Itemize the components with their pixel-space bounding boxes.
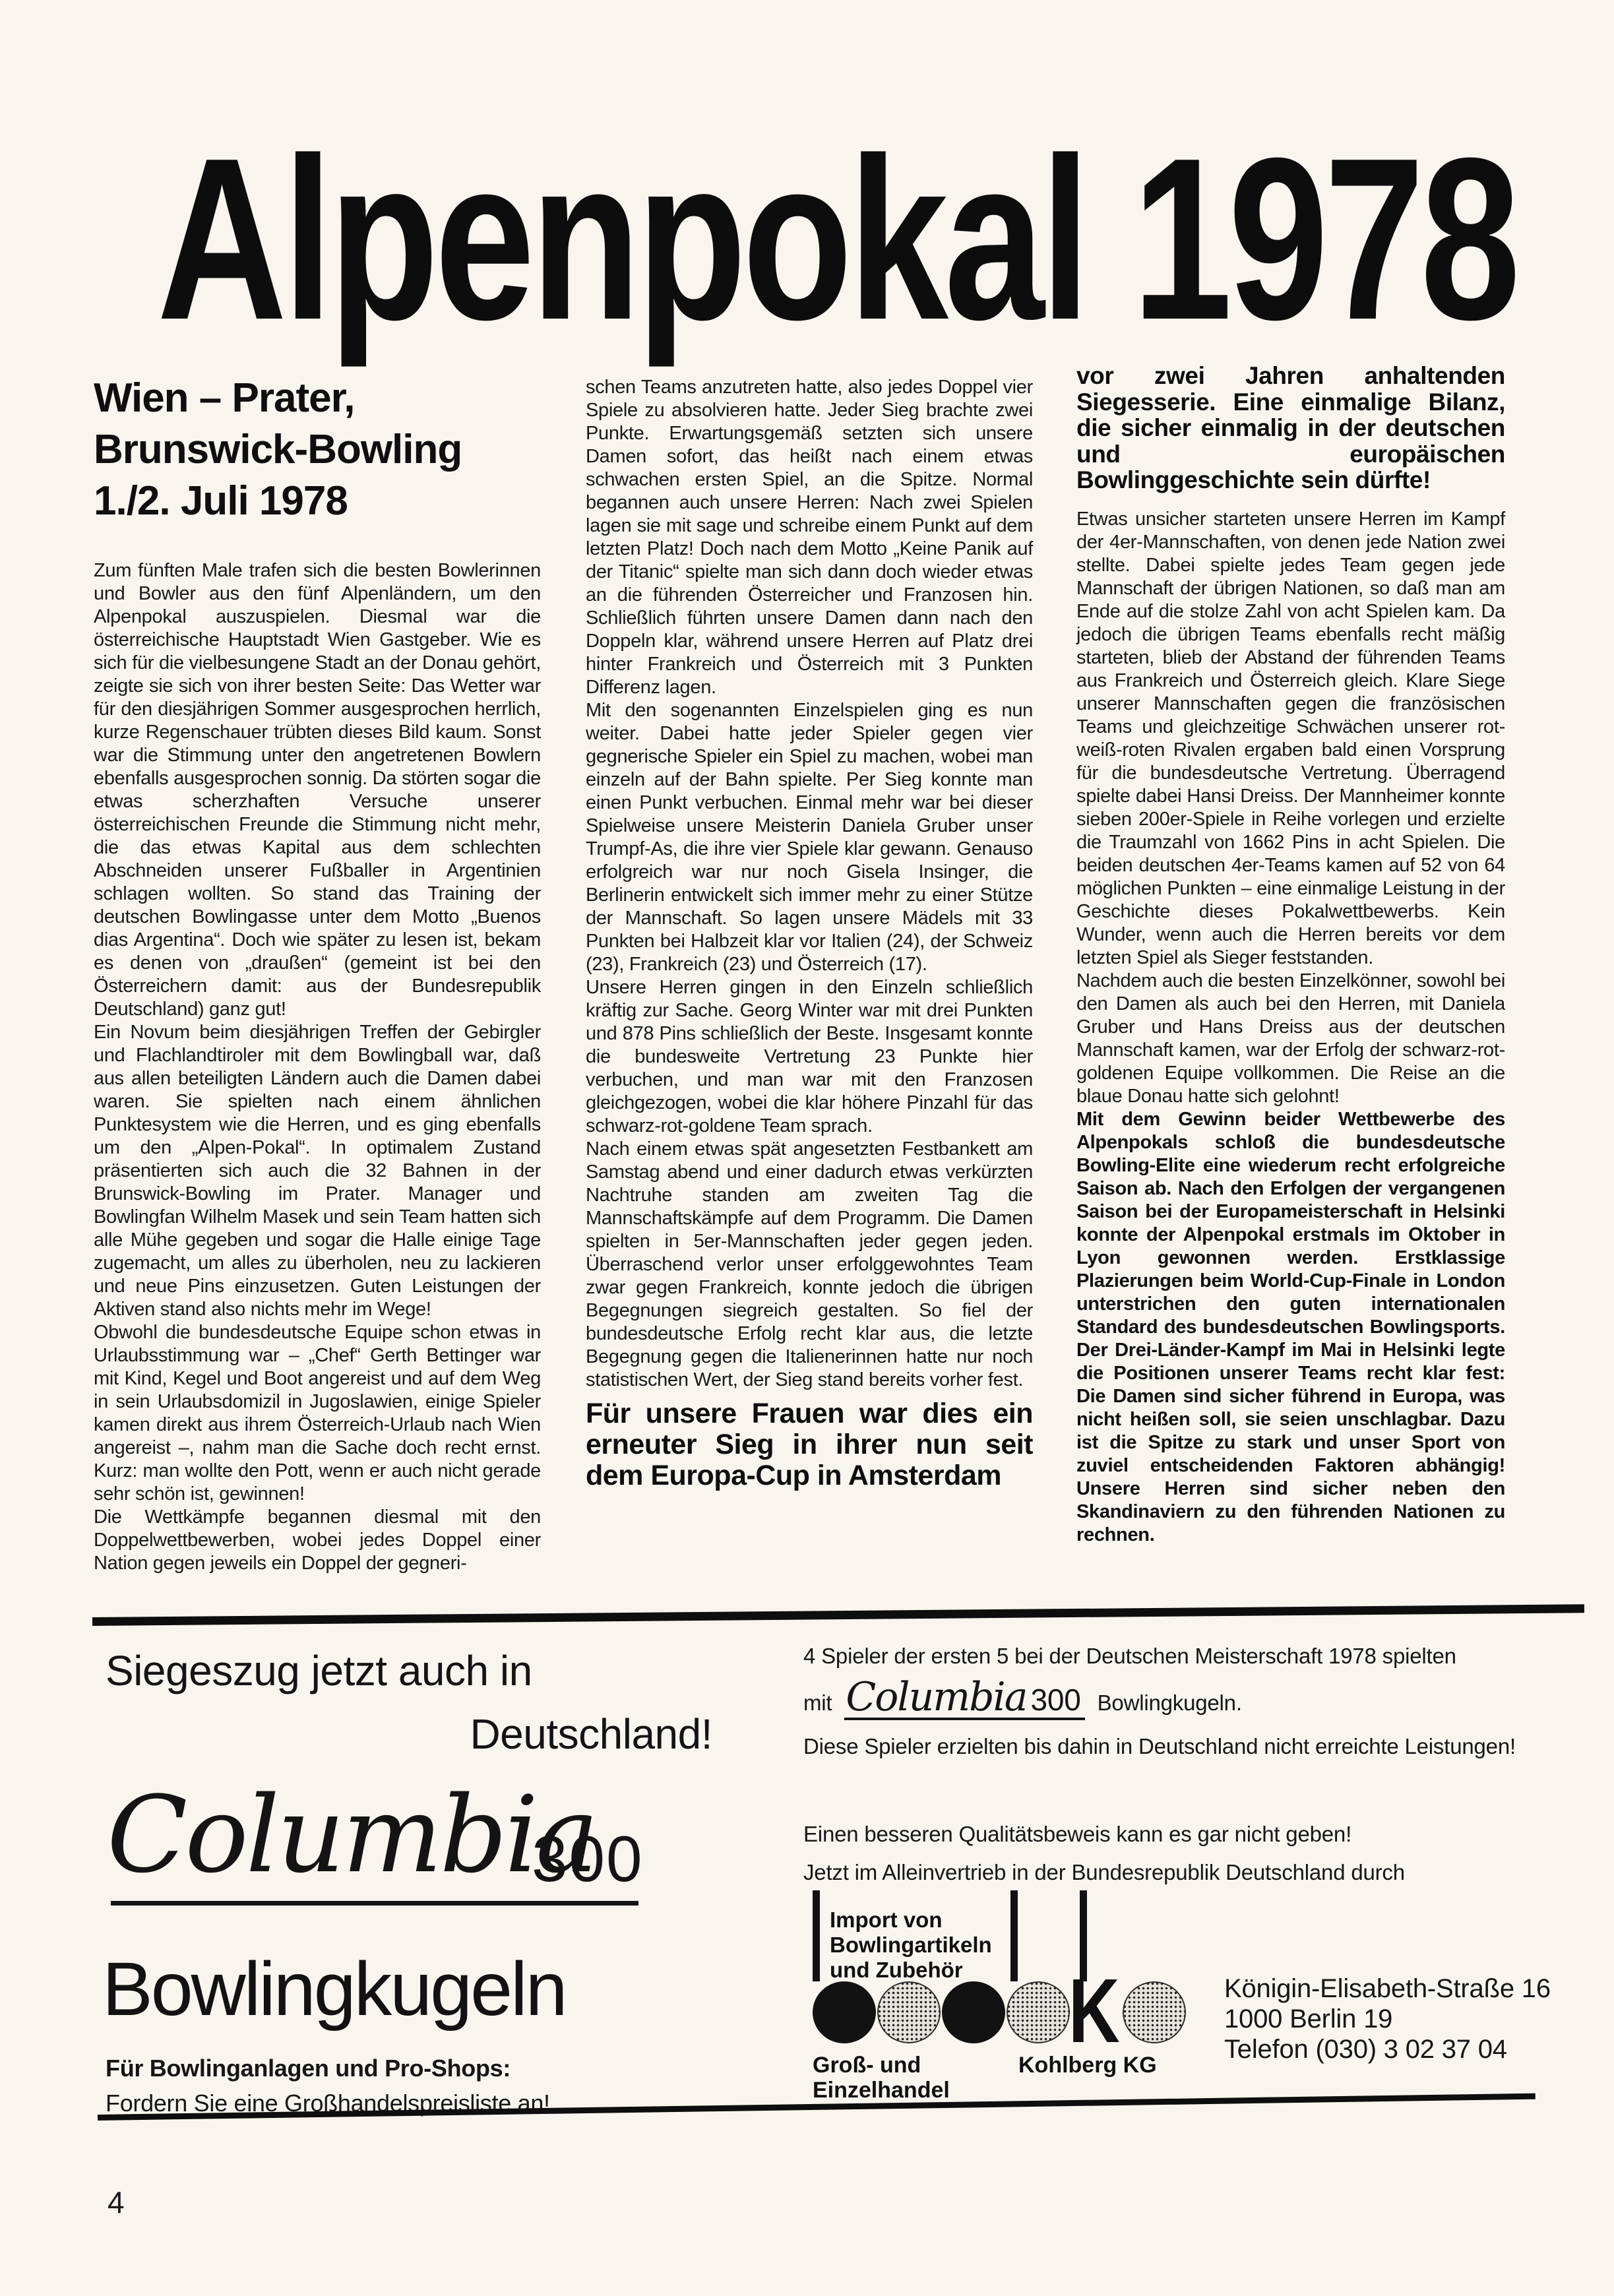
pin-bar-icon (1010, 1890, 1018, 1981)
ad-copy-line-1: 4 Spieler der ersten 5 bei der Deutschen… (803, 1644, 1456, 1669)
dealer-logo: Import von Bowlingartikeln und Zubehör K… (813, 1890, 1222, 2101)
article-subheading: Wien – Prater, Brunswick-Bowling 1./2. J… (94, 373, 549, 527)
address-line: Telefon (030) 3 02 37 04 (1224, 2034, 1551, 2064)
divider-rule-top (92, 1604, 1584, 1626)
bold-paragraph: Mit dem Gewinn beider Wettbewerbe des Al… (1076, 1108, 1505, 1547)
bowling-ball-icon (877, 1981, 941, 2043)
bold-continuation-heading: vor zwei Jahren anhaltenden Siegesserie.… (1076, 363, 1505, 493)
bowling-ball-icon (813, 1981, 876, 2043)
pin-bar-icon (813, 1890, 820, 1981)
address-line: 1000 Berlin 19 (1224, 2004, 1551, 2034)
ad-copy-suffix: Bowlingkugeln. (1098, 1691, 1242, 1715)
page-number: 4 (108, 2185, 125, 2220)
ad-copy-prefix: mit (803, 1691, 832, 1715)
dealer-box-text: Import von Bowlingartikeln und Zubehör (830, 1908, 992, 1983)
body-paragraph: Nach einem etwas spät angesetzten Festba… (586, 1138, 1033, 1392)
article-column-3: vor zwei Jahren anhaltenden Siegesserie.… (1076, 363, 1505, 1547)
dealer-label-trade: Groß- und Einzelhandel (813, 2053, 950, 2103)
body-paragraph: schen Teams anzutreten hatte, also jedes… (586, 376, 1033, 699)
body-paragraph: Nachdem auch die besten Einzelkönner, so… (1076, 970, 1505, 1108)
body-paragraph: Ein Novum beim diesjährigen Treffen der … (94, 1021, 541, 1321)
columbia-script-logo: Columbia (107, 1762, 596, 1908)
bowling-ball-icon (1007, 1981, 1070, 2043)
address-line: Königin-Elisabeth-Straße 16 (1224, 1973, 1551, 2004)
columbia-script-logo-small: Columbia300 (844, 1691, 1084, 1720)
subheading-line: 1./2. Juli 1978 (94, 476, 549, 527)
ad-copy-line-5: Jetzt im Alleinvertrieb in der Bundesrep… (803, 1860, 1405, 1885)
body-paragraph: Etwas unsicher starteten unsere Herren i… (1076, 508, 1505, 970)
page-headline: Alpenpokal 1978 (157, 124, 1516, 355)
columbia-logo-underline (111, 1901, 638, 1906)
dealer-address: Königin-Elisabeth-Straße 16 1000 Berlin … (1224, 1973, 1551, 2064)
pro-shop-note-bold: Für Bowlinganlagen und Pro-Shops: (106, 2055, 511, 2082)
ad-copy-line-4: Einen besseren Qualitätsbeweis kann es g… (803, 1822, 1351, 1847)
kohlberg-k-icon: K (1069, 1975, 1120, 2047)
ad-copy-line-3: Diese Spieler erzielten bis dahin in Deu… (803, 1731, 1542, 1761)
ad-claim-line-2: Deutschland! (106, 1711, 712, 1757)
columbia-300-number: 300 (532, 1822, 644, 1896)
body-paragraph: Mit den sogenannten Einzelspielen ging e… (586, 699, 1033, 976)
ad-claim-line-1: Siegeszug jetzt auch in (106, 1648, 532, 1694)
article-column-1: Zum fünften Male trafen sich die besten … (94, 559, 541, 1575)
magazine-page: Alpenpokal 1978 Wien – Prater, Brunswick… (0, 0, 1614, 2296)
bold-closing-paragraph: Für unsere Frauen war dies ein erneuter … (586, 1398, 1033, 1491)
body-paragraph: Unsere Herren gingen in den Einzeln schl… (586, 976, 1033, 1138)
bowling-ball-icon (1123, 1981, 1186, 2043)
dealer-name: Kohlberg KG (1018, 2053, 1157, 2078)
article-column-2: schen Teams anzutreten hatte, also jedes… (586, 376, 1033, 1491)
bowling-ball-icon (942, 1981, 1005, 2043)
ad-product-name: Bowlingkugeln (102, 1946, 566, 2033)
body-paragraph: Zum fünften Male trafen sich die besten … (94, 559, 541, 1021)
body-paragraph: Die Wettkämpfe begannen diesmal mit den … (94, 1506, 541, 1575)
body-paragraph: Obwohl die bundesdeutsche Equipe schon e… (94, 1321, 541, 1506)
subheading-line: Brunswick-Bowling (94, 424, 549, 476)
ad-copy-line-2: mit Columbia300 Bowlingkugeln. (803, 1674, 1242, 1733)
subheading-line: Wien – Prater, (94, 373, 549, 424)
